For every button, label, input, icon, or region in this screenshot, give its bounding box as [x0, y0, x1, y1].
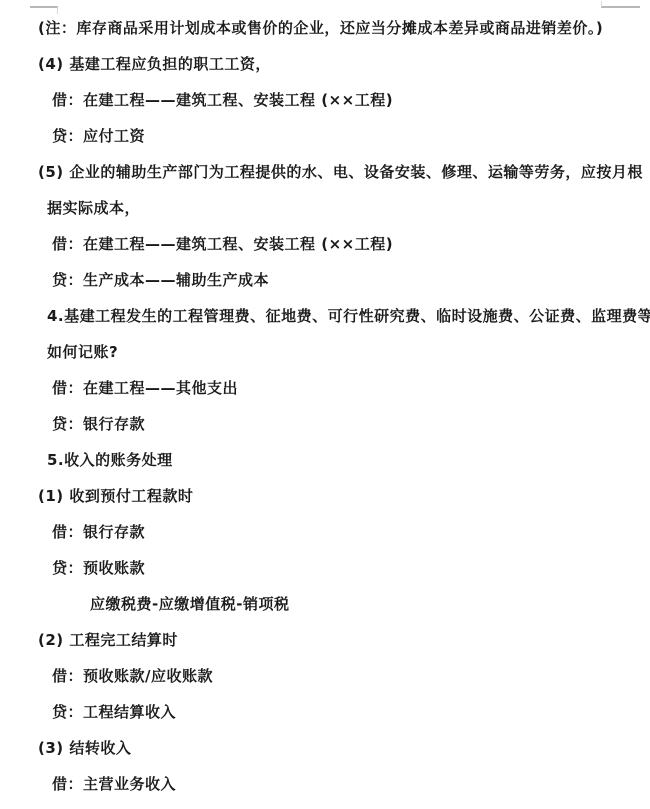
- journal-debit-line: 借：预收账款/应收账款: [0, 658, 650, 694]
- journal-debit-line: 借：银行存款: [0, 514, 650, 550]
- document-content: (注：库存商品采用计划成本或售价的企业，还应当分摊成本差异或商品进销差价。) (…: [0, 0, 650, 802]
- document-page: (注：库存商品采用计划成本或售价的企业，还应当分摊成本差异或商品进销差价。) (…: [0, 0, 650, 809]
- question-4-line2: 如何记账?: [0, 334, 650, 370]
- journal-debit-line: 借：在建工程——建筑工程、安装工程 (××工程): [0, 82, 650, 118]
- journal-credit-line: 贷：预收账款: [0, 550, 650, 586]
- question-4-line1: 4.基建工程发生的工程管理费、征地费、可行性研究费、临时设施费、公证费、监理费等: [0, 298, 650, 334]
- journal-debit-line: 借：在建工程——建筑工程、安装工程 (××工程): [0, 226, 650, 262]
- item-4-heading: (4) 基建工程应负担的职工工资，: [0, 46, 650, 82]
- note-line: (注：库存商品采用计划成本或售价的企业，还应当分摊成本差异或商品进销差价。): [0, 10, 650, 46]
- tax-detail-line: 应缴税费-应缴增值税-销项税: [0, 586, 650, 622]
- journal-debit-line: 借：在建工程——其他支出: [0, 370, 650, 406]
- journal-credit-line: 贷：工程结算收入: [0, 694, 650, 730]
- section-5-heading: 5.收入的账务处理: [0, 442, 650, 478]
- journal-debit-line: 借：主营业务收入: [0, 766, 650, 802]
- step-2-heading: (2) 工程完工结算时: [0, 622, 650, 658]
- journal-credit-line: 贷：应付工资: [0, 118, 650, 154]
- step-1-heading: (1) 收到预付工程款时: [0, 478, 650, 514]
- item-5-heading-line2: 据实际成本，: [0, 190, 650, 226]
- journal-credit-line: 贷：银行存款: [0, 406, 650, 442]
- item-5-heading-line1: (5) 企业的辅助生产部门为工程提供的水、电、设备安装、修理、运输等劳务，应按月…: [0, 154, 650, 190]
- journal-credit-line: 贷：生产成本——辅助生产成本: [0, 262, 650, 298]
- step-3-heading: (3) 结转收入: [0, 730, 650, 766]
